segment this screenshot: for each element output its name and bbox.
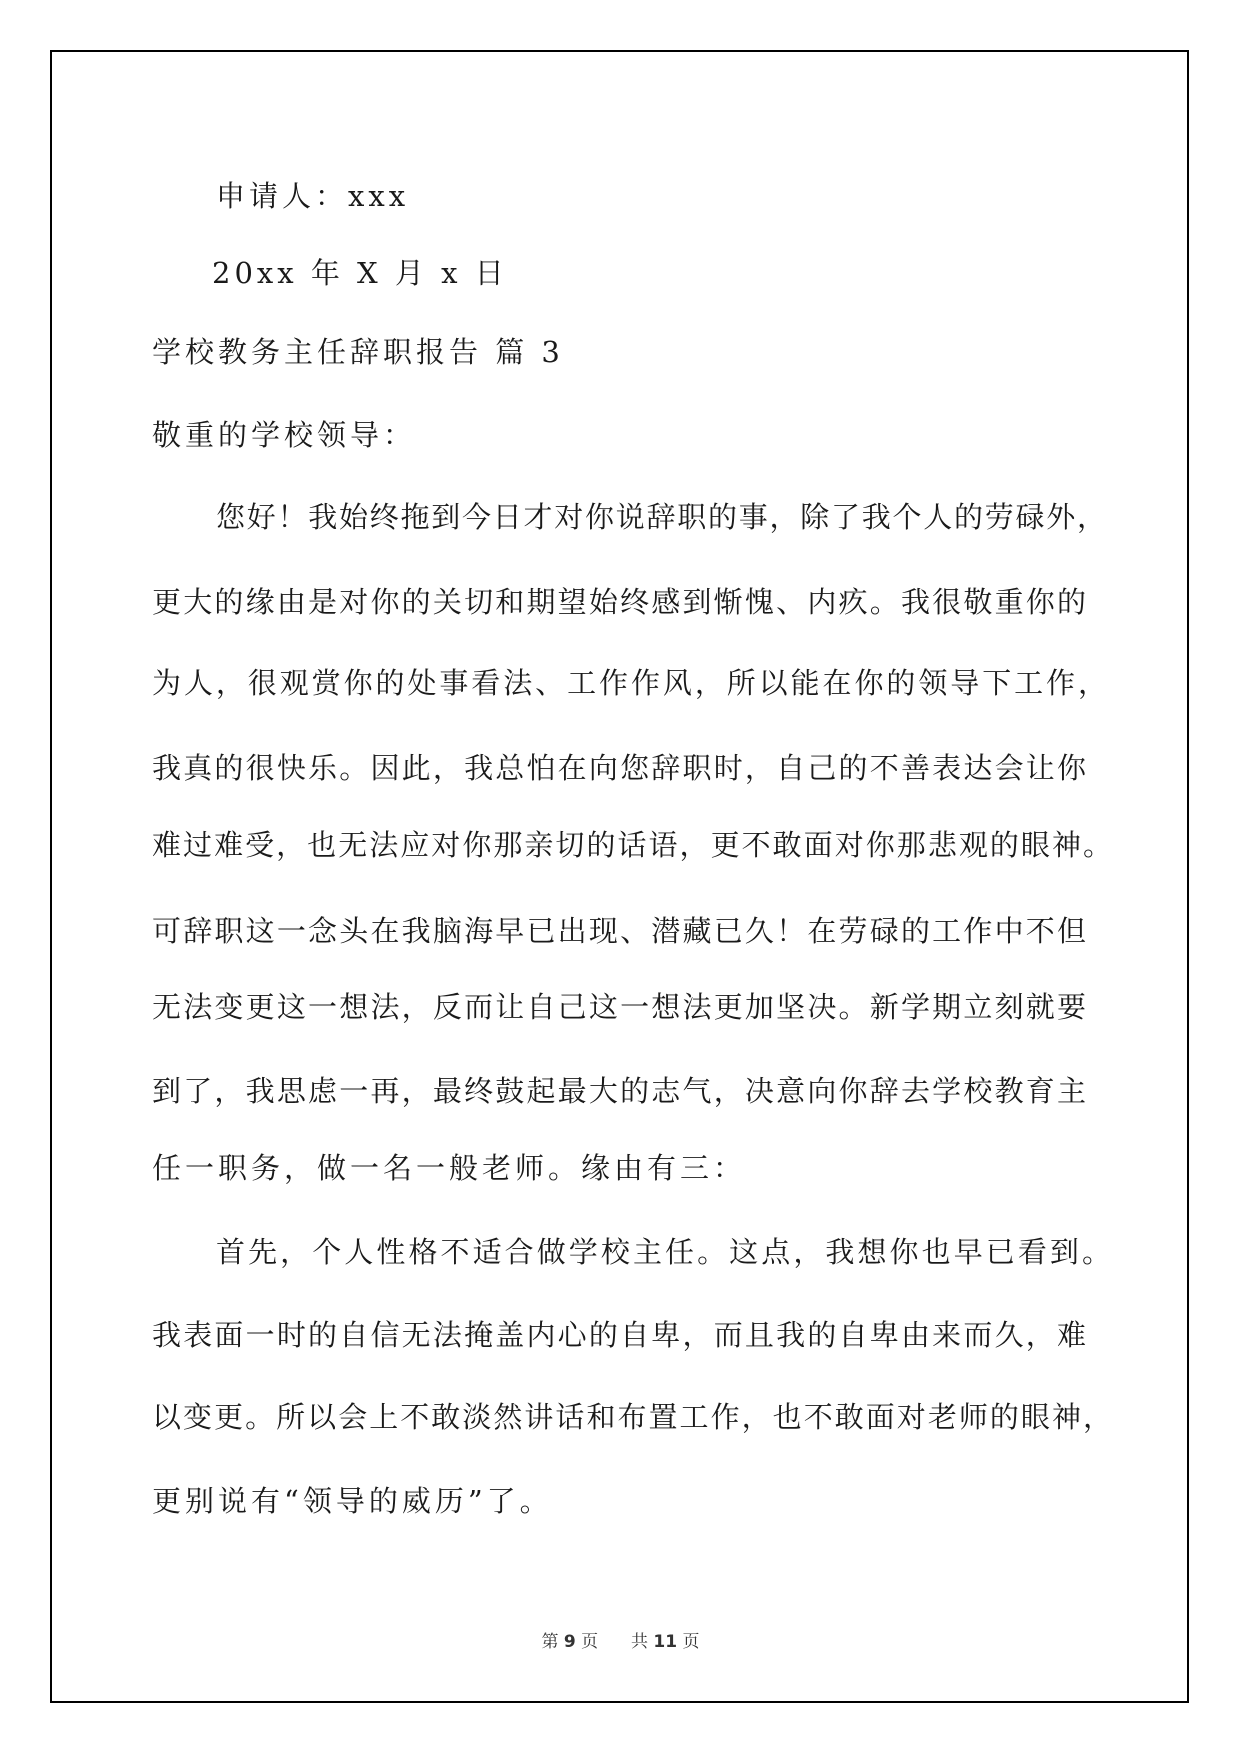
body-line-11: 我表面一时的自信无法掩盖内心的自卑，而且我的自卑由来而久，难 [152, 1316, 1086, 1354]
body-line-7: 无法变更这一想法，反而让自己这一想法更加坚决。新学期立刻就要 [152, 988, 1086, 1026]
total-prefix: 共 [631, 1632, 648, 1652]
body-line-9: 任一职务，做一名一般老师。缘由有三： [152, 1149, 746, 1187]
body-line-2: 更大的缘由是对你的关切和期望始终感到惭愧、内疚。我很敬重你的 [152, 583, 1086, 621]
body-line-8: 到了，我思虑一再，最终鼓起最大的志气，决意向你辞去学校教育主 [152, 1072, 1086, 1110]
salutation: 敬重的学校领导： [152, 416, 416, 454]
body-line-13: 更别说有“领导的威历”了。 [152, 1482, 553, 1520]
body-line-6: 可辞职这一念头在我脑海早已出现、潜藏已久！在劳碌的工作中不但 [152, 912, 1086, 950]
page-border [50, 50, 1189, 1703]
body-line-1: 您好！我始终拖到今日才对你说辞职的事，除了我个人的劳碌外， [216, 498, 1106, 536]
total-suffix: 页 [682, 1632, 699, 1652]
section-title: 学校教务主任辞职报告 篇 3 [152, 333, 564, 371]
body-line-10: 首先，个人性格不适合做学校主任。这点，我想你也早已看到。 [216, 1233, 1111, 1271]
total-pages-number: 11 [653, 1632, 677, 1652]
applicant-line: 申请人：xxx [216, 177, 409, 215]
page-footer: 第 9 页 共 11 页 [0, 1630, 1241, 1654]
body-line-5: 难过难受，也无法应对你那亲切的话语，更不敢面对你那悲观的眼神。 [152, 826, 1112, 864]
page-prefix: 第 [542, 1632, 559, 1652]
body-line-4: 我真的很快乐。因此，我总怕在向您辞职时，自己的不善表达会让你 [152, 749, 1086, 787]
body-line-12: 以变更。所以会上不敢淡然讲话和布置工作，也不敢面对老师的眼神， [152, 1398, 1112, 1436]
date-line: 20xx 年 X 月 x 日 [212, 254, 508, 292]
page-suffix: 页 [581, 1632, 598, 1652]
current-page-number: 9 [564, 1632, 576, 1652]
body-line-3: 为人，很观赏你的处事看法、工作作风，所以能在你的领导下工作， [152, 664, 1107, 702]
